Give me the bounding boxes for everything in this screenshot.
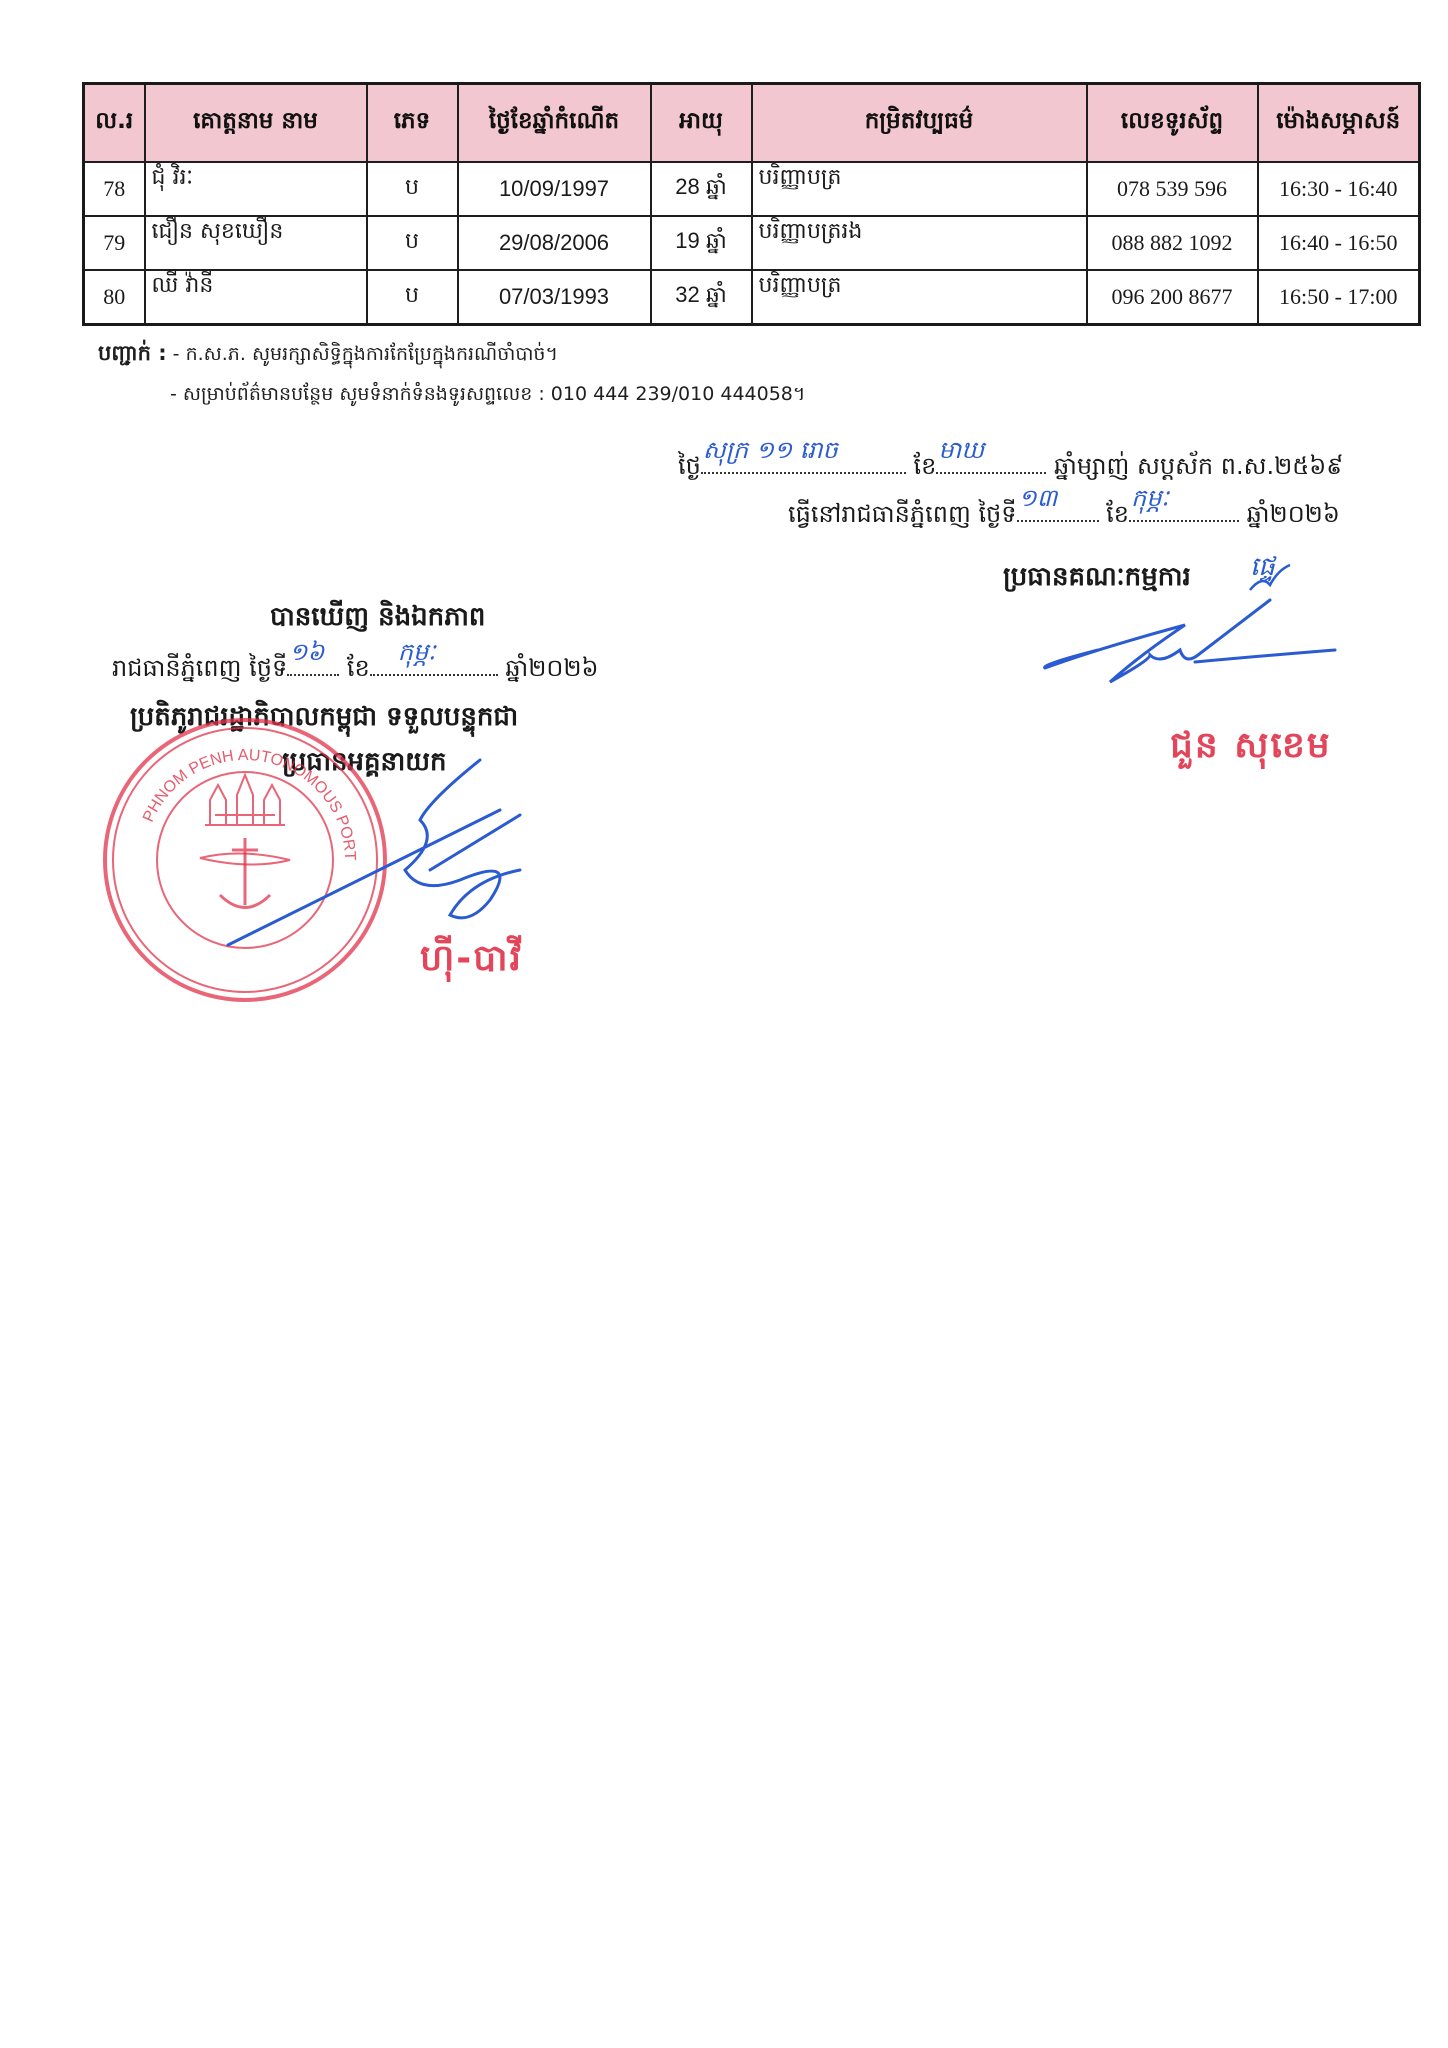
cell-phone: 088 882 1092 (1087, 216, 1258, 270)
cell-age: 32 ឆ្នាំ (651, 270, 752, 325)
cell-no: 80 (84, 270, 145, 325)
cell-education: បរិញ្ញាបត្រ (752, 270, 1087, 325)
cell-education: បរិញ្ញាបត្ររង (752, 216, 1087, 270)
director-general-name: ហ៊ី-បាវី (420, 935, 523, 988)
header-interview-time: ម៉ោងសម្ភាសន៍ (1258, 84, 1420, 163)
approval-day-field: ១៦ (287, 650, 339, 676)
lunar-day-label: ថ្ងៃ (678, 452, 701, 480)
approval-month-handwritten: កុម្ភៈ (398, 637, 436, 672)
header-no: ល.រ (84, 84, 145, 163)
cell-dob: 10/09/1997 (458, 162, 651, 216)
header-education: កម្រិតវប្បធម៌ (752, 84, 1087, 163)
cell-name: ជឿន សុខឃឿន (145, 216, 367, 270)
cell-no: 78 (84, 162, 145, 216)
cell-phone: 078 539 596 (1087, 162, 1258, 216)
header-dob: ថ្ងៃខែឆ្នាំកំណើត (458, 84, 651, 163)
solar-month-label: ខែ (1106, 500, 1129, 528)
committee-chair-name: ជួន សុខេម (1170, 722, 1332, 775)
signature-left-icon (228, 760, 520, 945)
note-line-2: - សម្រាប់ព័ត៌មានបន្ថែម សូមទំនាក់ទំនងទូរស… (170, 382, 805, 410)
table-row: 79 ជឿន សុខឃឿន ប 29/08/2006 19 ឆ្នាំ បរិញ… (84, 216, 1420, 270)
cell-phone: 096 200 8677 (1087, 270, 1258, 325)
initial-handwritten: ផ្ទេ (1250, 550, 1275, 588)
solar-year-text: ឆ្នាំ២០២៦ (1247, 500, 1340, 528)
lunar-year-text: ឆ្នាំម្សាញ់ សប្តស័ក ព.ស.២៥៦៩ (1054, 452, 1343, 480)
cell-sex: ប (367, 270, 458, 325)
lunar-month-label: ខែ (914, 452, 937, 480)
solar-day-handwritten: ១៣ (1019, 483, 1058, 518)
lunar-day-handwritten: សុក្រ ១១ រោច (703, 435, 838, 470)
cell-interview-time: 16:40 - 16:50 (1258, 216, 1420, 270)
candidate-table: ល.រ គោត្តនាម នាម ភេទ ថ្ងៃខែឆ្នាំកំណើត អា… (82, 82, 1421, 326)
approval-day-handwritten: ១៦ (289, 637, 324, 672)
cell-dob: 29/08/2006 (458, 216, 651, 270)
director-general-title: ប្រធានអគ្គនាយក (282, 745, 447, 783)
cell-sex: ប (367, 162, 458, 216)
cell-age: 28 ឆ្នាំ (651, 162, 752, 216)
table-row: 80 ឈី វ៉ានី ប 07/03/1993 32 ឆ្នាំ បរិញ្ញ… (84, 270, 1420, 325)
approval-year-text: ឆ្នាំ២០២៦ (505, 654, 598, 682)
cell-education: បរិញ្ញាបត្រ (752, 162, 1087, 216)
header-phone: លេខទូរស័ព្ទ (1087, 84, 1258, 163)
cell-name: ឈី វ៉ានី (145, 270, 367, 325)
note-label: បញ្ជាក់ : (98, 341, 167, 365)
approval-day-label: រាជធានីភ្នំពេញ ថ្ងៃទី (112, 654, 287, 682)
lunar-date-line: ថ្ងៃសុក្រ ១១ រោច ខែមាឃ ឆ្នាំម្សាញ់ សប្តស… (678, 448, 1343, 486)
table-header-row: ល.រ គោត្តនាម នាម ភេទ ថ្ងៃខែឆ្នាំកំណើត អា… (84, 84, 1420, 163)
header-age: អាយុ (651, 84, 752, 163)
lunar-month-field: មាឃ (936, 448, 1046, 474)
solar-month-handwritten: កុម្ភៈ (1131, 483, 1169, 518)
solar-date-line: ធ្វើនៅរាជធានីភ្នំពេញ ថ្ងៃទី១៣ ខែកុម្ភៈ ឆ… (788, 496, 1340, 534)
approval-date-line: រាជធានីភ្នំពេញ ថ្ងៃទី១៦ ខែកុម្ភៈ ឆ្នាំ២០… (112, 650, 599, 688)
lunar-day-field: សុក្រ ១១ រោច (701, 448, 906, 474)
committee-chair-title: ប្រធានគណៈកម្មការ (1003, 560, 1191, 598)
note-text-1: - ក.ស.ភ. សូមរក្សាសិទ្ធិក្នុងការកែប្រែក្ន… (173, 343, 558, 365)
lunar-month-handwritten: មាឃ (938, 435, 984, 470)
solar-day-field: ១៣ (1017, 496, 1099, 522)
signature-right-icon (1045, 600, 1335, 682)
cell-sex: ប (367, 216, 458, 270)
cell-interview-time: 16:30 - 16:40 (1258, 162, 1420, 216)
header-name: គោត្តនាម នាម (145, 84, 367, 163)
delegate-org-line: ប្រតិភូរាជរដ្ឋាភិបាលកម្ពុជា ទទួលបន្ទុកជា (130, 700, 518, 738)
approval-month-label: ខែ (347, 654, 370, 682)
solar-month-field: កុម្ភៈ (1129, 496, 1239, 522)
solar-day-label: ធ្វើនៅរាជធានីភ្នំពេញ ថ្ងៃទី (788, 500, 1017, 528)
cell-interview-time: 16:50 - 17:00 (1258, 270, 1420, 325)
cell-no: 79 (84, 216, 145, 270)
header-sex: ភេទ (367, 84, 458, 163)
cell-name: ជុំ វិរៈ (145, 162, 367, 216)
cell-age: 19 ឆ្នាំ (651, 216, 752, 270)
note-line-1: បញ្ជាក់ : - ក.ស.ភ. សូមរក្សាសិទ្ធិក្នុងកា… (98, 340, 558, 371)
approval-month-field: កុម្ភៈ (370, 650, 498, 676)
cell-dob: 07/03/1993 (458, 270, 651, 325)
note-text-2: - សម្រាប់ព័ត៌មានបន្ថែម សូមទំនាក់ទំនងទូរស… (170, 383, 805, 405)
table-row: 78 ជុំ វិរៈ ប 10/09/1997 28 ឆ្នាំ បរិញ្ញ… (84, 162, 1420, 216)
approval-heading: បានឃើញ និងឯកភាព (270, 600, 485, 638)
